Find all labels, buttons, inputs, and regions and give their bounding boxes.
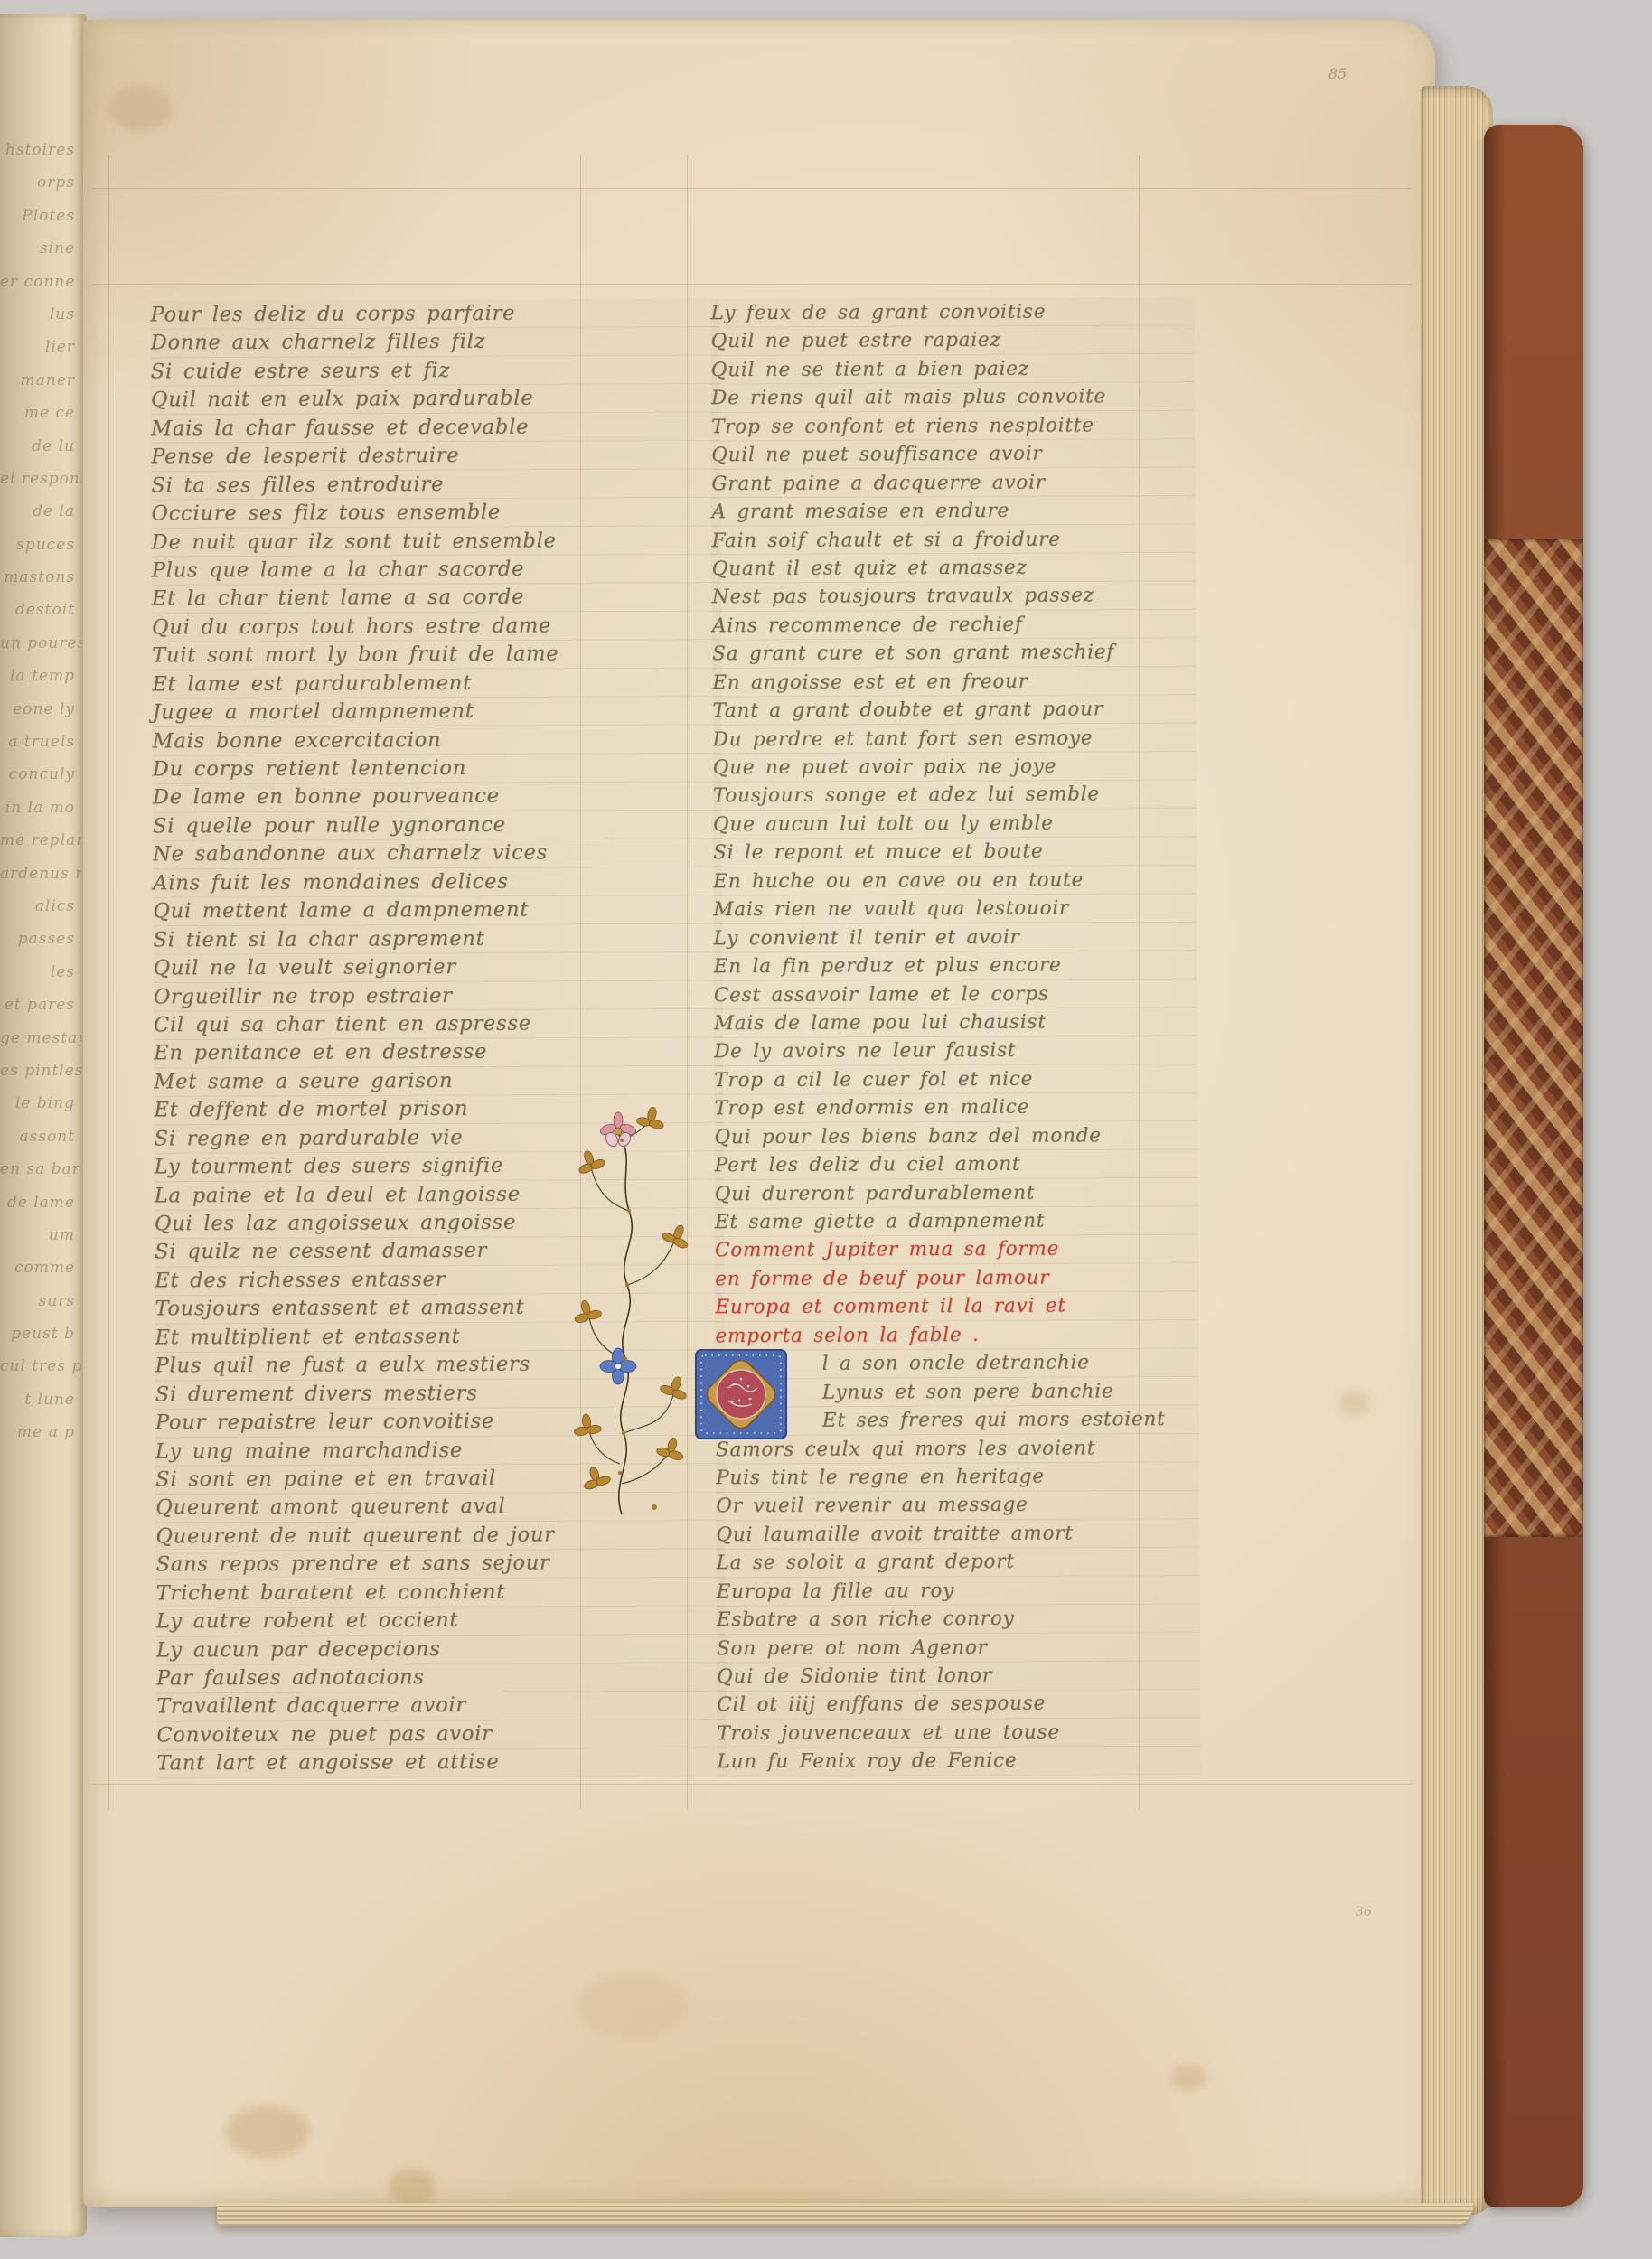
page-edge-fragment: t lune [0,1383,81,1416]
ruling-line [92,188,1412,189]
page-edge-fragment: me a p [0,1416,81,1448]
text-line: Pense de lesperit destruire [151,441,720,472]
left-page-stack: hstoiresorpsPlotessineer conneluslierman… [0,14,87,2237]
text-line: Puis tint le regne en heritage [716,1462,1199,1493]
text-line: Qui de Sidonie tint lonor [717,1661,1200,1692]
text-line: Cil qui sa char tient en aspresse [154,1009,723,1040]
verse-after-rubric: l a son oncle detranchieLynus et son per… [716,1348,1201,1776]
illuminated-initial [694,1348,788,1440]
text-line: Fain soif chault et si a froidure [712,524,1196,555]
text-line: Nest pas tousjours travaulx passez [712,581,1196,612]
page-edge-fragment: alics [0,890,81,923]
text-line: Quil ne puet souffisance avoir [711,439,1195,470]
page-edge-fragment: cul tres p [0,1350,81,1383]
text-line: Que aucun lui tolt ou ly emble [713,809,1197,839]
text-line: La se soloit a grant deport [716,1547,1199,1578]
text-line: Et la char tient lame a sa corde [152,583,721,614]
stain [1338,1392,1370,1415]
text-line: Par faulses adnotacions [156,1663,726,1693]
page-edge-fragment: surs [0,1285,81,1317]
page-edge-fragment: destoit [0,594,81,626]
binding-chevron-pattern [1484,539,1583,1537]
text-line: Que ne puet avoir paix ne joye [713,752,1197,783]
rubric-line: emporta selon la fable . [715,1320,1198,1351]
text-line: Trop se confont et riens nesploitte [711,411,1195,442]
left-edge-text-fragments: hstoiresorpsPlotessineer conneluslierman… [0,134,81,1449]
stain [389,2169,436,2205]
text-line: De lame en bonne pourveance [153,782,722,812]
text-line: Et ses freres qui mors estoient [716,1405,1199,1436]
text-line: Quil ne puet estre rapaiez [711,325,1195,356]
page-edge-fragment: in la mo [0,792,81,824]
page-edge-fragment: hstoires [0,134,81,166]
page-edge-fragment: le bing [0,1087,81,1120]
text-line: Qui mettent lame a dampnement [153,895,722,926]
text-line: Si cuide estre seurs et fiz [151,356,720,387]
text-line: Esbatre a son riche conroy [717,1604,1200,1635]
text-line: Pert les deliz du ciel amont [715,1149,1198,1180]
page-edge-fragment: orps [0,166,81,199]
text-line: Son pere ot nom Agenor [717,1632,1200,1663]
text-line: De riens quil ait mais plus convoite [711,382,1195,413]
text-line: Ly autre robent et occient [156,1606,726,1636]
text-line: Tant a grant doubte et grant paour [712,695,1196,726]
page-edge-fragment: um [0,1219,81,1251]
manuscript-page: 85 36 Pour les deliz du corps parfaireDo… [83,20,1435,2207]
text-column-left: Pour les deliz du corps parfaireDonne au… [150,299,726,1778]
page-edge-fragment: et pares [0,989,81,1021]
page-edge-fragment: Plotes [0,200,81,232]
page-edge-fragment: eone ly [0,693,81,726]
manuscript-photograph: hstoiresorpsPlotessineer conneluslierman… [0,0,1652,2259]
page-edge-fragment: el respons [0,463,81,495]
text-column-right: Ly feux de sa grant convoitiseQuil ne pu… [710,297,1200,1776]
text-line: Du corps retient lentencion [153,754,722,784]
stain [226,2105,309,2158]
text-line: Cest assavoir lame et le corps [714,979,1197,1009]
text-line: Si tient si la char asprement [153,923,722,954]
verse-before-rubric: Ly feux de sa grant convoitiseQuil ne pu… [710,297,1198,1237]
folio-number-top: 85 [1328,65,1347,82]
text-line: Ne sabandonne aux charnelz vices [153,839,722,869]
text-line: Travaillent dacquerre avoir [156,1691,726,1721]
page-edge-fragment: conculy [0,758,81,791]
text-line: Or vueil revenir au message [716,1490,1199,1521]
text-line: Samors ceulx qui mors les avoient [716,1433,1199,1464]
text-line: Mais de lame pou lui chausist [714,1008,1197,1038]
text-line: Trop a cil le cuer fol et nice [714,1064,1197,1095]
rubric-line: Europa et comment il la ravi et [715,1291,1198,1322]
text-line: Ly aucun par decepcions [156,1634,726,1664]
text-line: Trop est endormis en malice [714,1092,1197,1123]
pink-flower [599,1112,637,1148]
text-line: En huche ou en cave ou en toute [713,866,1197,896]
page-edge-fragment: de lame [0,1186,81,1219]
text-line: En penitance et en destresse [154,1037,723,1068]
ruling-line [108,155,109,1809]
text-line: Qui pour les biens banz del monde [714,1121,1197,1152]
bottom-page-edges [217,2203,1473,2226]
page-edge-fragment: me replan [0,824,81,857]
text-line: Mais bonne excercitacion [152,725,721,755]
page-edge-fragment: mastons [0,561,81,594]
rubric-red-heading: Comment Jupiter mua sa formeen forme de … [715,1234,1199,1350]
text-line: En angoisse est et en freour [712,667,1196,698]
text-line: Tousjours songe et adez lui semble [713,780,1197,811]
page-edge-fragment: peust b [0,1317,81,1350]
rubric-line: en forme de beuf pour lamour [715,1263,1198,1294]
text-line: Mais la char fausse et decevable [151,412,720,443]
leather-binding [1484,125,1583,2207]
text-line: Sa grant cure et son grant meschief [712,638,1196,669]
page-edge-fragment: de la [0,495,81,528]
text-line: Convoiteux ne puet pas avoir [156,1719,726,1749]
text-line: Queurent de nuit queurent de jour [155,1520,725,1551]
page-edge-fragment: de lu [0,430,81,463]
text-line: Quil nait en eulx paix pardurable [151,384,720,415]
text-line: Europa la fille au roy [717,1576,1200,1607]
text-line: Du perdre et tant fort sen esmoye [712,723,1196,754]
text-line: Ains recommence de rechief [712,610,1196,641]
page-edge-fragment: er conne [0,266,81,298]
text-line: Jugee a mortel dampnement [152,697,721,727]
page-edge-fragment: ge mestay [0,1022,81,1055]
ruling-line [92,284,1412,285]
text-line: En la fin perduz et plus encore [714,951,1197,981]
page-edge-fragment: comme [0,1251,81,1284]
text-line: Ains fuit les mondaines delices [153,867,722,897]
text-line: Si le repont et muce et boute [713,837,1197,867]
text-line: Cil ot iiij enffans de sespouse [717,1689,1200,1720]
stain [578,1974,687,2038]
page-edge-fragment: sine [0,232,81,265]
stain [108,86,172,131]
text-line: Quil ne la veult seignorier [154,952,723,983]
page-edge-fragment: un poures [0,627,81,660]
page-edge-fragment: maner [0,364,81,397]
text-line: Trichent baratent et conchient [156,1577,726,1608]
page-edge-fragment: a truels [0,726,81,758]
text-line: Tant lart et angoisse et attise [156,1748,726,1778]
page-stack-fore-edge [1421,86,1493,2215]
blue-flower [600,1348,636,1384]
text-line: Orgueillir ne trop estraier [154,980,723,1011]
text-line: De ly avoirs ne leur fausist [714,1036,1197,1066]
text-line: Quil ne se tient a bien paiez [711,354,1195,385]
text-line: Et same giette a dampnement [715,1206,1198,1237]
text-line: Si ta ses filles entroduire [151,469,720,500]
floral-vine-decoration [568,1075,712,1518]
text-line: Mais rien ne vault qua lestouoir [713,894,1197,924]
text-line: Occiure ses filz tous ensemble [151,498,720,529]
stain [1170,2065,1206,2090]
folio-number-bottom: 36 [1356,1905,1372,1919]
page-edge-fragment: lier [0,331,81,363]
text-line: A grant mesaise en endure [711,496,1195,527]
page-edge-fragment: passes [0,923,81,955]
text-line: Sans repos prendre et sans sejour [155,1549,725,1579]
page-edge-fragment: me ce [0,397,81,429]
page-edge-fragment: es pintles [0,1055,81,1087]
text-line: Ly convient il tenir et avoir [713,922,1197,952]
text-line: Grant paine a dacquerre avoir [711,467,1195,498]
text-line: Trois jouvenceaux et une touse [717,1718,1200,1748]
text-line: Pour les deliz du corps parfaire [150,299,719,330]
page-edge-fragment: spuces [0,529,81,561]
text-line: Qui laumaille avoit traitte amort [716,1519,1199,1550]
text-line: De nuit quar ilz sont tuit ensemble [152,526,721,557]
text-line: Qui du corps tout hors estre dame [152,611,721,642]
page-edge-fragment: ardenus ne [0,858,81,890]
rubric-line: Comment Jupiter mua sa forme [715,1234,1198,1265]
text-line: Ly feux de sa grant convoitise [710,297,1194,328]
page-edge-fragment: lus [0,298,81,331]
page-edge-fragment: en sa barng [0,1153,81,1186]
ruling-line [92,1784,1412,1785]
text-line: Tuit sont mort ly bon fruit de lame [152,640,721,670]
text-line: Plus que lame a la char sacorde [152,555,721,586]
page-edge-fragment: la temp [0,660,81,692]
text-line: Et lame est pardurablement [152,668,721,698]
text-line: Lun fu Fenix roy de Fenice [717,1746,1200,1776]
text-line: Quant il est quiz et amassez [712,553,1196,584]
text-line: Si quelle pour nulle ygnorance [153,811,722,841]
text-line: Donne aux charnelz filles filz [151,327,720,358]
page-edge-fragment: les [0,956,81,989]
page-edge-fragment: assont [0,1120,81,1153]
text-line: Qui dureront pardurablement [715,1177,1198,1208]
